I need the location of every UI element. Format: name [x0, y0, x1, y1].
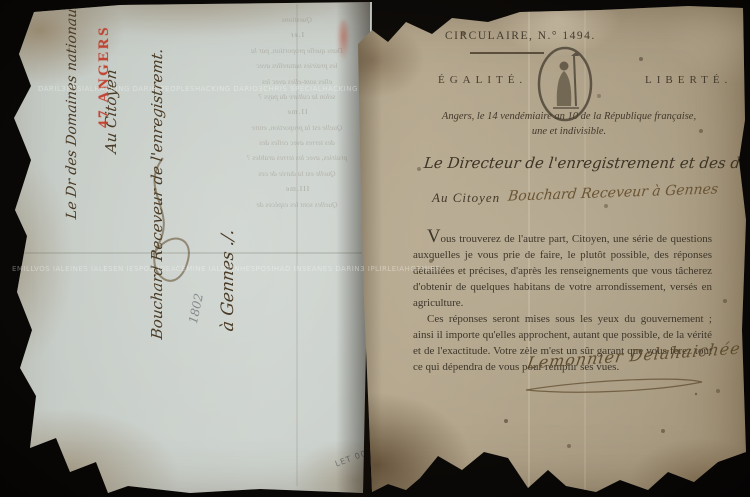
- liberte-label: LIBERTÉ.: [645, 74, 732, 86]
- addressee-handwritten-name: Bouchard Receveur à Gennes: [507, 181, 719, 204]
- header-rule: [470, 52, 544, 54]
- ink-flourish-paraph: [108, 150, 218, 310]
- signature-flourish: [518, 376, 708, 398]
- fold-crease: [296, 4, 298, 486]
- body-paragraph: Vous trouverez de l'autre part, Citoyen,…: [413, 230, 712, 312]
- watermark-text-line: EMILLVOS IALEINES IALESEN IESPOS IGEACEM…: [12, 265, 441, 273]
- egalite-label: ÉGALITÉ.: [438, 74, 527, 86]
- fold-crease: [20, 252, 362, 254]
- foxing-specks: [0, 0, 2, 2]
- sender-title-line: Le Directeur de l'enregistrement et des …: [423, 154, 750, 172]
- dateline-line-2: une et indivisible.: [408, 126, 730, 137]
- angers-postmark-stamp: 47 ANGERS: [96, 25, 113, 128]
- manuscript-address-line: Le Dr des Domaines nationaux: [64, 0, 80, 220]
- scanned-letter-photo: Questions I.er Dans quelle proportion, p…: [0, 0, 750, 497]
- addressee-label: Au Citoyen: [432, 190, 500, 206]
- dateline-line-1: Angers, le 14 vendémiaire an 10 de la Ré…: [408, 111, 730, 122]
- watermark-text-line: DARIL3POSIALHACKING DARIO PEOPLESHACKING…: [38, 85, 358, 93]
- circular-number-heading: CIRCULAIRE, N.° 1494.: [445, 30, 605, 42]
- manuscript-address-line: à Gennes ./.: [218, 228, 238, 332]
